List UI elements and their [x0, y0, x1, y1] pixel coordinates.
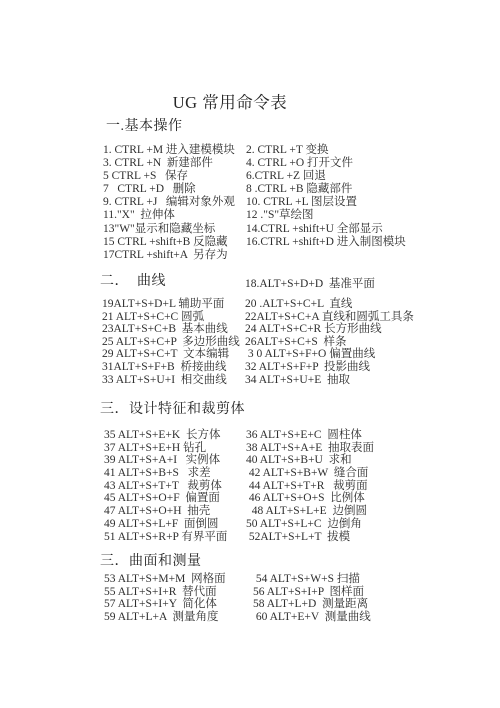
command-left: 49 ALT+S+L+F 面倒圆 — [104, 518, 219, 531]
command-left: 13"W"显示和隐藏坐标 — [103, 223, 215, 236]
command-section: 三．设计特征和裁剪体 35 ALT+S+E+K 长方体 36 ALT+S+E+C… — [0, 403, 500, 543]
table-row: 1. CTRL +M 进入建模模块 2. CTRL +T 变换 — [0, 144, 500, 157]
command-right: 58 ALT+L+D 测量距离 — [253, 598, 368, 611]
table-row: 57 ALT+S+I+Y 简化体 58 ALT+L+D 测量距离 — [0, 598, 500, 611]
command-right: 48 ALT+S+L+E 边倒圆 — [246, 505, 367, 518]
table-row: 55 ALT+S+I+R 替代面 56 ALT+S+I+P 图样面 — [0, 586, 500, 599]
command-left: 7 CTRL +D 删除 — [103, 183, 196, 196]
table-row: 37 ALT+S+E+H 钻孔 38 ALT+S+A+E 抽取表面 — [0, 442, 500, 455]
command-right: 22ALT+S+C+A 直线和圆弧工具条 — [245, 311, 414, 324]
command-left: 15 CTRL +shift+B 反隐藏 — [103, 236, 228, 249]
command-right: 44 ALT+S+T+R 裁剪面 — [246, 480, 368, 493]
section-heading-line: 二． 曲线 18.ALT+S+D+D 基准平面 — [0, 275, 500, 289]
document-page: UG 常用命令表 一.基本操作 1. CTRL +M 进入建模模块 2. CTR… — [0, 0, 500, 708]
command-left: 21 ALT+S+C+C 圆弧 — [102, 311, 204, 324]
command-left: 19ALT+S+D+L 辅助平面 — [102, 298, 224, 311]
table-row: 43 ALT+S+T+T 裁剪体 44 ALT+S+T+R 裁剪面 — [0, 480, 500, 493]
command-left: 55 ALT+S+I+R 替代面 — [104, 586, 217, 599]
command-left: 53 ALT+S+M+M 网格面 — [104, 573, 226, 586]
command-right: 42 ALT+S+B+W 缝合面 — [246, 467, 368, 480]
command-section: 二． 曲线 18.ALT+S+D+D 基准平面 19ALT+S+D+L 辅助平面… — [0, 275, 500, 386]
command-right: 46 ALT+S+O+S 比例体 — [246, 492, 365, 505]
table-row: 25 ALT+S+C+P 多边形曲线 26ALT+S+C+S 样条 — [0, 336, 500, 349]
section-rows: 1. CTRL +M 进入建模模块 2. CTRL +T 变换 3. CTRL … — [0, 144, 500, 262]
table-row: 35 ALT+S+E+K 长方体 36 ALT+S+E+C 圆柱体 — [0, 429, 500, 442]
table-row: 23ALT+S+C+B 基本曲线 24 ALT+S+C+R 长方形曲线 — [0, 323, 500, 336]
page-title: UG 常用命令表 — [103, 93, 357, 113]
section-rows: 19ALT+S+D+L 辅助平面 20 .ALT+S+C+L 直线 21 ALT… — [0, 298, 500, 386]
command-right: 34 ALT+S+U+E 抽取 — [245, 374, 350, 387]
command-left: 11."X" 拉伸体 — [103, 209, 175, 222]
command-left: 17CTRL +shift+A 另存为 — [103, 249, 228, 262]
command-right: 8 .CTRL +B 隐藏部件 — [246, 183, 352, 196]
command-right: 54 ALT+S+W+S 扫描 — [253, 573, 360, 586]
table-row: 45 ALT+S+O+F 偏置面 46 ALT+S+O+S 比例体 — [0, 492, 500, 505]
command-left: 39 ALT+S+A+I 实例体 — [104, 454, 220, 467]
command-right: 14.CTRL +shift+U 全部显示 — [246, 223, 383, 236]
command-right: 4. CTRL +O 打开文件 — [246, 157, 353, 170]
command-left: 51 ALT+S+R+P 有界平面 — [104, 531, 227, 544]
section-heading: 三．曲面和测量 — [100, 555, 202, 569]
command-left: 23ALT+S+C+B 基本曲线 — [102, 323, 228, 336]
section-heading-line: 三．设计特征和裁剪体 — [0, 403, 500, 417]
table-row: 3. CTRL +N 新建部件 4. CTRL +O 打开文件 — [0, 157, 500, 170]
command-left: 29 ALT+S+C+T 文本编辑 — [102, 348, 229, 361]
command-right: 40 ALT+S+B+U 求和 — [246, 454, 352, 467]
command-left: 35 ALT+S+E+K 长方体 — [104, 429, 220, 442]
command-left: 33 ALT+S+U+I 相交曲线 — [102, 374, 227, 387]
section-rows: 53 ALT+S+M+M 网格面 54 ALT+S+W+S 扫描 55 ALT+… — [0, 573, 500, 624]
command-right: 16.CTRL +shift+D 进入制图模块 — [246, 236, 406, 249]
section-rows: 35 ALT+S+E+K 长方体 36 ALT+S+E+C 圆柱体 37 ALT… — [0, 429, 500, 543]
command-left: 9. CTRL +J 编辑对象外观 — [103, 196, 235, 209]
command-right: 24 ALT+S+C+R 长方形曲线 — [245, 323, 382, 336]
command-left: 31ALT+S+F+B 桥接曲线 — [102, 361, 226, 374]
table-row: 47 ALT+S+O+H 抽壳 48 ALT+S+L+E 边倒圆 — [0, 505, 500, 518]
section-heading: 二． 曲线 — [100, 275, 166, 289]
command-left: 43 ALT+S+T+T 裁剪体 — [104, 480, 222, 493]
table-row: 21 ALT+S+C+C 圆弧 22ALT+S+C+A 直线和圆弧工具条 — [0, 311, 500, 324]
table-row: 13"W"显示和隐藏坐标 14.CTRL +shift+U 全部显示 — [0, 223, 500, 236]
table-row: 29 ALT+S+C+T 文本编辑 3 0 ALT+S+F+O 偏置曲线 — [0, 348, 500, 361]
command-right: 60 ALT+E+V 测量曲线 — [253, 611, 371, 624]
command-right: 26ALT+S+C+S 样条 — [245, 336, 346, 349]
table-row: 11."X" 拉伸体 12 ."S"草绘图 — [0, 209, 500, 222]
section-heading: 一.基本操作 — [106, 120, 183, 134]
command-right: 50 ALT+S+L+C 边倒角 — [246, 518, 362, 531]
table-row: 15 CTRL +shift+B 反隐藏 16.CTRL +shift+D 进入… — [0, 236, 500, 249]
command-right: 3 0 ALT+S+F+O 偏置曲线 — [245, 348, 375, 361]
command-left: 5 CTRL +S 保存 — [103, 170, 188, 183]
command-right: 2. CTRL +T 变换 — [246, 144, 329, 157]
section-heading-line: 一.基本操作 — [0, 120, 500, 134]
section-heading: 三．设计特征和裁剪体 — [100, 403, 245, 417]
command-left: 57 ALT+S+I+Y 简化体 — [104, 598, 217, 611]
table-row: 9. CTRL +J 编辑对象外观 10. CTRL +L 图层设置 — [0, 196, 500, 209]
table-row: 49 ALT+S+L+F 面倒圆 50 ALT+S+L+C 边倒角 — [0, 518, 500, 531]
command-right: 36 ALT+S+E+C 圆柱体 — [246, 429, 362, 442]
section-heading-line: 三．曲面和测量 — [0, 555, 500, 569]
command-right: 10. CTRL +L 图层设置 — [246, 196, 357, 209]
command-left: 47 ALT+S+O+H 抽壳 — [104, 505, 210, 518]
command-right: 20 .ALT+S+C+L 直线 — [245, 298, 352, 311]
table-row: 19ALT+S+D+L 辅助平面 20 .ALT+S+C+L 直线 — [0, 298, 500, 311]
command-left: 3. CTRL +N 新建部件 — [103, 157, 213, 170]
command-section: 三．曲面和测量 53 ALT+S+M+M 网格面 54 ALT+S+W+S 扫描… — [0, 555, 500, 624]
command-left: 45 ALT+S+O+F 偏置面 — [104, 492, 220, 505]
table-row: 51 ALT+S+R+P 有界平面 52ALT+S+L+T 拔模 — [0, 531, 500, 544]
table-row: 5 CTRL +S 保存 6.CTRL +Z 回退 — [0, 170, 500, 183]
command-left: 37 ALT+S+E+H 钻孔 — [104, 442, 206, 455]
table-row: 17CTRL +shift+A 另存为 — [0, 249, 500, 262]
table-row: 7 CTRL +D 删除 8 .CTRL +B 隐藏部件 — [0, 183, 500, 196]
command-right: 38 ALT+S+A+E 抽取表面 — [246, 442, 374, 455]
table-row: 41 ALT+S+B+S 求差 42 ALT+S+B+W 缝合面 — [0, 467, 500, 480]
command-right: 6.CTRL +Z 回退 — [246, 170, 326, 183]
command-right: 56 ALT+S+I+P 图样面 — [253, 586, 364, 599]
command-left: 41 ALT+S+B+S 求差 — [104, 467, 211, 480]
table-row: 59 ALT+L+A 测量角度 60 ALT+E+V 测量曲线 — [0, 611, 500, 624]
command-right: 12 ."S"草绘图 — [246, 209, 314, 222]
command-section: 一.基本操作 1. CTRL +M 进入建模模块 2. CTRL +T 变换 3… — [0, 120, 500, 262]
table-row: 31ALT+S+F+B 桥接曲线 32 ALT+S+F+P 投影曲线 — [0, 361, 500, 374]
table-row: 53 ALT+S+M+M 网格面 54 ALT+S+W+S 扫描 — [0, 573, 500, 586]
command-left: 1. CTRL +M 进入建模模块 — [103, 144, 235, 157]
table-row: 39 ALT+S+A+I 实例体 40 ALT+S+B+U 求和 — [0, 454, 500, 467]
command-left: 25 ALT+S+C+P 多边形曲线 — [102, 336, 240, 349]
table-row: 33 ALT+S+U+I 相交曲线 34 ALT+S+U+E 抽取 — [0, 374, 500, 387]
command-right: 52ALT+S+L+T 拔模 — [246, 531, 350, 544]
command-left: 59 ALT+L+A 测量角度 — [104, 611, 218, 624]
command-right: 32 ALT+S+F+P 投影曲线 — [245, 361, 370, 374]
section-heading-inline-item: 18.ALT+S+D+D 基准平面 — [245, 278, 375, 290]
